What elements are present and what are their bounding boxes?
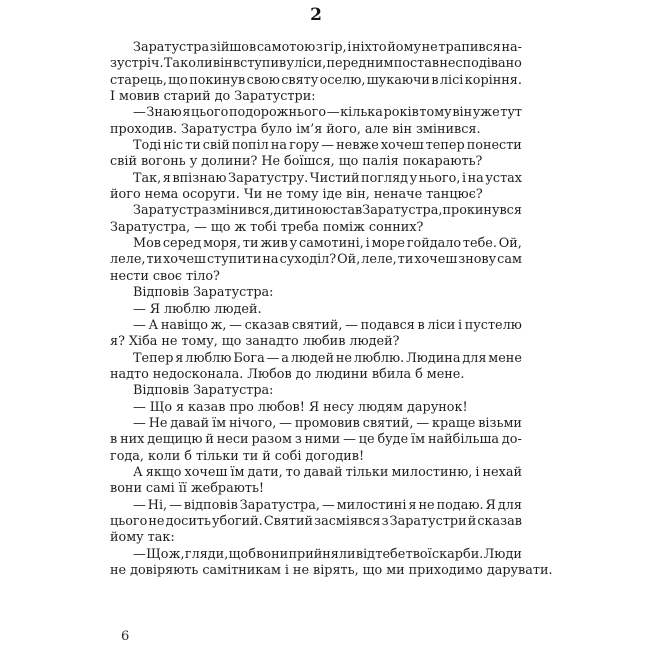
word: постав (394, 56, 439, 72)
text-line: зустріч.Таколивінвступивуліси,переднимпо… (110, 56, 522, 72)
text-line: внихдещицюйнесиразомзними—цебудеїмнайбіл… (110, 432, 522, 448)
word: сонних? (369, 220, 424, 236)
word: я (175, 351, 183, 367)
paragraph: —Ялюблюлюдей. (110, 302, 522, 318)
word: хочеш (381, 138, 424, 154)
word: боїшся, (284, 154, 335, 170)
word: леле, (110, 252, 145, 268)
word: довіряють (130, 563, 198, 579)
chapter-number: 2 (110, 5, 522, 25)
word: досить (166, 514, 211, 530)
word: що (222, 334, 242, 350)
word: навіщо (161, 318, 208, 334)
text-line: Заратустразмінився,дитиноюставЗаратустра… (110, 203, 522, 219)
word: її (179, 481, 187, 497)
word: сам (497, 252, 522, 268)
word: любив (303, 334, 346, 350)
word: буде (377, 432, 408, 448)
word: це (359, 432, 375, 448)
word: дарунок! (407, 400, 468, 416)
word: самітникам (202, 563, 281, 579)
word: тільки (196, 449, 239, 465)
word: І (110, 89, 115, 105)
word: від (356, 547, 375, 563)
text-line: ВідповівЗаратустра: (110, 285, 522, 301)
word: — (345, 318, 358, 334)
word: і (285, 563, 289, 579)
book-page: 2 Заратустразійшовсамотоюзгір,ініхтойому… (0, 0, 650, 650)
word: у (286, 56, 294, 72)
word: убогий. (212, 514, 263, 530)
word: серед (163, 236, 201, 252)
word: пустелю (465, 318, 522, 334)
word: гір, (324, 40, 347, 56)
word: краще (432, 416, 475, 432)
word: Тепер (133, 351, 173, 367)
word: Чистий (310, 171, 360, 187)
word: було (261, 122, 292, 138)
word: Заратустра (133, 203, 209, 219)
word: жив (260, 236, 288, 252)
word: Знаю (146, 105, 181, 121)
word: промовив (295, 416, 360, 432)
word: Ой, (499, 236, 522, 252)
word: — (133, 547, 146, 563)
text-line: йогонемаосоруги.Чинетомуідевін,неначетан… (110, 187, 522, 203)
word: Люди (484, 547, 522, 563)
word: Святий (264, 514, 313, 530)
text-line: Так,явпізнаюЗаратустру.Чистийпоглядуньог… (110, 171, 522, 187)
paragraph: Мовсередморя,тиживусамотині,іморегойдало… (110, 236, 522, 285)
word: жебрають! (191, 481, 264, 497)
word: надто (110, 367, 149, 383)
word: самотині, (299, 236, 364, 252)
word: А (148, 318, 158, 334)
word: й (262, 449, 271, 465)
word: люблю (185, 351, 231, 367)
word: його, (326, 122, 361, 138)
word: Любов (247, 367, 291, 383)
word: — (133, 302, 146, 318)
paragraph: ВідповівЗаратустра: (110, 285, 522, 301)
word: попіл (232, 138, 269, 154)
word: — (194, 220, 207, 236)
paragraph: —Знаюяцьогоподорожнього—кількароківтомув… (110, 105, 522, 138)
word: вогонь (141, 154, 186, 170)
word: А (133, 465, 143, 481)
word: проходив. (110, 122, 177, 138)
text-line: Аякщохочешїмдати,тодавайтількимилостиню,… (110, 465, 522, 481)
word: тебе (375, 547, 405, 563)
word: не (418, 498, 434, 514)
word: Тоді (133, 138, 161, 154)
word: Заратустри (390, 514, 467, 530)
word: догодив! (305, 449, 364, 465)
word: найбільша (428, 432, 499, 448)
word: — (343, 432, 356, 448)
text-line: —Ні,—відповівЗаратустра,—милостиніянепод… (110, 498, 522, 514)
word: тільки (346, 465, 389, 481)
word: самотою (257, 40, 315, 56)
text-line: Тодіністисвійпопілнагору—невжехочештепер… (110, 138, 522, 154)
word: — (133, 416, 146, 432)
word: він (452, 105, 472, 121)
word: мене. (427, 367, 465, 383)
word: Заратустри: (234, 89, 315, 105)
word: — (321, 138, 334, 154)
word: подорожнього (229, 105, 326, 121)
word: ступити (207, 252, 261, 268)
word: я (163, 171, 171, 187)
word: хочеш (414, 252, 457, 268)
word: людям (358, 400, 403, 416)
word: впізнаю (172, 171, 226, 187)
word: він, (346, 187, 370, 203)
word: недосконала. (153, 367, 244, 383)
word: тепер (426, 138, 465, 154)
word: до- (502, 432, 522, 448)
word: на- (501, 40, 521, 56)
word: ним (366, 56, 393, 72)
paragraph: —Щож,гляди,щобвониприйняливідтебетвоїска… (110, 547, 522, 580)
word: них (120, 432, 144, 448)
word: я (408, 498, 416, 514)
word: його (110, 187, 141, 203)
word: тут (500, 105, 522, 121)
word: суходіл? (280, 252, 337, 268)
word: ніхто (352, 40, 387, 56)
word: ж, (169, 547, 185, 563)
word: і (347, 40, 351, 56)
word: хочеш (185, 465, 228, 481)
word: святий, (292, 318, 343, 334)
text-line: леле,тихочешступитинасуходіл?Ой,леле,тих… (110, 252, 522, 268)
text-line: ВідповівЗаратустра: (110, 383, 522, 399)
paragraph: —Недавайїмнічого,—промовивсвятий,—кращев… (110, 416, 522, 465)
word: нехай (483, 465, 522, 481)
word: казав (188, 400, 225, 416)
word: разом (251, 432, 291, 448)
text-line: ІмовивстарийдоЗаратустри: (110, 89, 522, 105)
word: уже (473, 105, 500, 121)
word: в (418, 318, 425, 334)
word: дати, (248, 465, 283, 481)
text-line: старець,щопокинувсвоюсвятуоселю,шукаючив… (110, 73, 522, 89)
word: Бога (233, 351, 264, 367)
word: Мов (133, 236, 161, 252)
word: любов! (258, 400, 305, 416)
word: ти (243, 449, 259, 465)
text-line: ТеперялюблюБога—алюдейнелюблю.Людинадлям… (110, 351, 522, 367)
word: осоруги. (182, 187, 240, 203)
word: Та (164, 56, 180, 72)
text-line: Мовсередморя,тиживусамотині,іморегойдало… (110, 236, 522, 252)
text-line: надтонедосконала.Любовдолюдинивбилабмене… (110, 367, 522, 383)
text-line: —Ялюблюлюдей. (110, 302, 522, 318)
word: море (372, 236, 405, 252)
word: оселю, (320, 73, 366, 89)
word: давай (304, 465, 343, 481)
word: палія (362, 154, 398, 170)
word: Відповів (133, 285, 189, 301)
word: несу (323, 400, 354, 416)
word: сказав (477, 514, 522, 530)
text-line: —Щояказавпролюбов!Янесулюдямдарунок! (110, 400, 522, 416)
word: їм (411, 432, 425, 448)
word: поміж (323, 220, 365, 236)
word: Заратустра, (362, 203, 442, 219)
word: — (279, 416, 292, 432)
text-line: нестисвоєтіло? (110, 269, 522, 285)
word: я (176, 400, 184, 416)
word: Заратустра (181, 122, 257, 138)
word: тому (286, 187, 318, 203)
word: коли (148, 449, 180, 465)
word: з (295, 432, 302, 448)
word: самі (146, 481, 175, 497)
word: нести (110, 269, 149, 285)
word: дарувати. (487, 563, 553, 579)
paragraph: Аякщохочешїмдати,тодавайтількимилостиню,… (110, 465, 522, 498)
word: візьми (478, 416, 522, 432)
word: й (205, 432, 214, 448)
text-line: я?Хібанетому,щозанадтолюбивлюдей? (110, 334, 522, 350)
word: ти (243, 236, 259, 252)
word: нього, (419, 171, 461, 187)
text-line: —Знаюяцьогоподорожнього—кількароківтомув… (110, 105, 522, 121)
word: устах (485, 171, 522, 187)
word: люблю (164, 302, 210, 318)
text-line: свійвогоньудолини?Небоїшся,щопаліяпокара… (110, 154, 522, 170)
word: для (462, 351, 486, 367)
word: став (333, 203, 362, 219)
word: до (296, 367, 312, 383)
word: Що (146, 547, 168, 563)
word: у (290, 236, 298, 252)
word: нічого, (229, 416, 276, 432)
word: йому (110, 530, 144, 546)
word: приходимо (409, 563, 483, 579)
word: Хіба (129, 334, 158, 350)
text-line: года,колибтількитийсобідогодив! (110, 449, 522, 465)
paragraph: —Ні,—відповівЗаратустра,—милостиніянепод… (110, 498, 522, 547)
word: треба (281, 220, 319, 236)
word: вони (110, 481, 142, 497)
word: — (169, 498, 182, 514)
word: і (366, 236, 370, 252)
word: ніс (163, 138, 183, 154)
word: тебе. (463, 236, 497, 252)
word: не (336, 351, 352, 367)
word: мовив (119, 89, 160, 105)
word: ти (185, 138, 201, 154)
word: відповів (184, 498, 238, 514)
word: милостиню, (391, 465, 472, 481)
word: свій (110, 154, 137, 170)
word: що (211, 220, 231, 236)
word: засміявся (314, 514, 380, 530)
text-line: проходив.Заратустрабулоім’яйого,алевінзм… (110, 122, 522, 138)
word: вони (256, 547, 288, 563)
word: б (415, 367, 423, 383)
word: Я (150, 302, 160, 318)
word: собі (275, 449, 302, 465)
word: він (213, 56, 233, 72)
word: він (392, 122, 412, 138)
text-line: —Щож,гляди,щобвониприйняливідтебетвоїска… (110, 547, 522, 563)
word: про (229, 400, 253, 416)
word: прокинувся (442, 203, 521, 219)
word: святий, (363, 416, 414, 432)
word: давай (170, 416, 209, 432)
word: невже (336, 138, 379, 154)
word: Заратустра: (193, 285, 273, 301)
word: не (293, 563, 309, 579)
word: але (365, 122, 388, 138)
word: Заратустра, (240, 498, 320, 514)
word: Ой, (337, 252, 360, 268)
word: Я (309, 400, 319, 416)
word: перед (326, 56, 366, 72)
word: для (498, 498, 522, 514)
word: цього (110, 514, 147, 530)
word: люблю. (354, 351, 404, 367)
word: а (281, 351, 289, 367)
word: свій (203, 138, 230, 154)
word: то (286, 465, 301, 481)
paragraph: ТеперялюблюБога—алюдейнелюблю.Людинадлям… (110, 351, 522, 384)
word: подався (361, 318, 415, 334)
word: й (468, 514, 477, 530)
word: і (462, 171, 466, 187)
text-line: вонисаміїїжебрають! (110, 481, 522, 497)
word: — (327, 105, 340, 121)
word: людини (315, 367, 368, 383)
word: якщо (146, 465, 182, 481)
word: покарають? (403, 154, 483, 170)
text-line: —Недавайїмнічого,—промовивсвятий,—кращев… (110, 416, 522, 432)
word: понести (467, 138, 522, 154)
word: сказав (245, 318, 290, 334)
word: у (410, 171, 418, 187)
word: танцює? (426, 187, 483, 203)
word: мене (488, 351, 522, 367)
word: старець, (110, 73, 167, 89)
word: кілька (340, 105, 383, 121)
word: змінився, (209, 203, 274, 219)
word: подаю. (437, 498, 484, 514)
word: їм (212, 416, 226, 432)
word: в (431, 73, 438, 89)
word: Відповів (133, 383, 189, 399)
word: на (262, 252, 278, 268)
word: людей (291, 351, 334, 367)
word: года, (110, 449, 144, 465)
word: Заратустра: (193, 383, 273, 399)
word: років (384, 105, 419, 121)
word: — (133, 400, 146, 416)
word: нема (145, 187, 179, 203)
word: змінився. (416, 122, 481, 138)
word: Заратустра (133, 40, 209, 56)
word: занадто (245, 334, 298, 350)
word: лісі (440, 73, 463, 89)
word: цього (191, 105, 228, 121)
word: Я (486, 498, 496, 514)
paragraph: ВідповівЗаратустра: (110, 383, 522, 399)
word: хочеш (163, 252, 206, 268)
word: вірять, (313, 563, 359, 579)
word: гору (289, 138, 319, 154)
word: свою (247, 73, 280, 89)
word: у (190, 154, 198, 170)
paragraph: Заратустразмінився,дитиноюставЗаратустра… (110, 203, 522, 236)
word: — (322, 498, 335, 514)
word: що (363, 563, 383, 579)
word: не (110, 563, 126, 579)
word: ліси, (294, 56, 326, 72)
word: своє (153, 269, 182, 285)
word: йому (387, 40, 421, 56)
word: і (458, 318, 462, 334)
word: святу (281, 73, 318, 89)
word: вбила (372, 367, 411, 383)
word: — (133, 318, 146, 334)
word: дещицю (147, 432, 202, 448)
word: моря, (203, 236, 241, 252)
paragraph: Заратустразійшовсамотоюзгір,ініхтойомуне… (110, 40, 522, 105)
word: зійшов (210, 40, 256, 56)
word: леле, (361, 252, 396, 268)
word: людей? (349, 334, 399, 350)
text-block: Заратустразійшовсамотоюзгір,ініхтойомуне… (110, 40, 522, 579)
word: ними (305, 432, 341, 448)
word: так: (148, 530, 175, 546)
word: не (266, 187, 282, 203)
word: що (339, 154, 359, 170)
word: іде (322, 187, 342, 203)
word: Людина (406, 351, 460, 367)
word: з (316, 40, 323, 56)
word: Не (261, 154, 280, 170)
word: старий (164, 89, 211, 105)
word: тобі (250, 220, 277, 236)
word: Чи (244, 187, 262, 203)
word: коріння. (465, 73, 522, 89)
word: дитиною (274, 203, 333, 219)
word: неначе (374, 187, 422, 203)
text-line: Заратустра,—щожтобітребапоміжсонних? (110, 220, 522, 236)
word: — (133, 498, 146, 514)
word: б (184, 449, 192, 465)
word: з (382, 514, 389, 530)
paragraph: Тодіністисвійпопілнагору—невжехочештепер… (110, 138, 522, 171)
word: покинув (189, 73, 245, 89)
word: погляд (361, 171, 408, 187)
word: гойдало (407, 236, 461, 252)
word: до (215, 89, 231, 105)
word: в (110, 432, 117, 448)
word: — (267, 351, 280, 367)
word: прийняли (289, 547, 356, 563)
word: не (422, 40, 438, 56)
word: на (468, 171, 484, 187)
word: Що (150, 400, 172, 416)
text-line: недовіряютьсамітникаміневірять,щомиприхо… (110, 563, 522, 579)
word: ж (234, 220, 246, 236)
word: Не (149, 416, 168, 432)
word: ми (386, 563, 404, 579)
